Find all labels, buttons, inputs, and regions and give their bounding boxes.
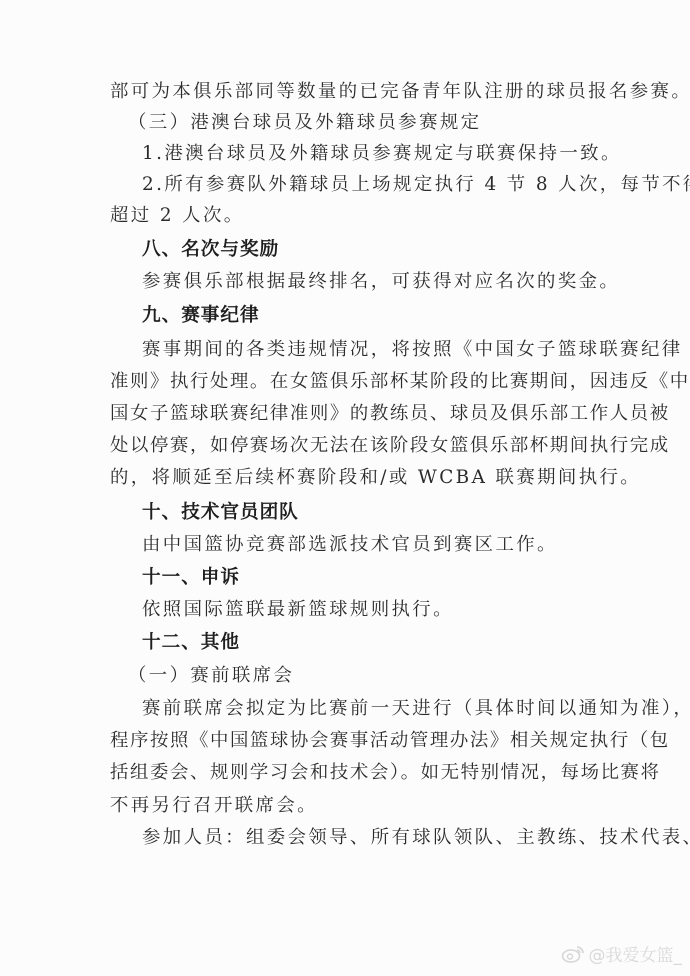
paragraph-line: 赛事期间的各类违规情况，将按照《中国女子篮球联赛纪律 <box>142 338 594 362</box>
section-heading-ranking-rewards: 八、名次与奖励 <box>142 238 594 262</box>
paragraph-line: 2.所有参赛队外籍球员上场规定执行 4 节 8 人次，每节不得 <box>142 173 594 197</box>
paragraph-line: 依照国际篮联最新篮球规则执行。 <box>142 598 594 622</box>
paragraph-line: 不再另行召开联席会。 <box>110 794 594 818</box>
watermark-text: @我爱女篮_ <box>589 941 683 966</box>
paragraph-line: 参加人员：组委会领导、所有球队领队、主教练、技术代表、 <box>142 826 594 850</box>
paragraph-line: 括组委会、规则学习会和技术会）。如无特别情况，每场比赛将 <box>110 761 594 785</box>
watermark: @我爱女篮_ <box>561 941 683 966</box>
section-heading-discipline: 九、赛事纪律 <box>142 304 594 328</box>
weibo-icon <box>561 945 585 963</box>
paragraph-line: 1.港澳台球员及外籍球员参赛规定与联赛保持一致。 <box>142 142 594 166</box>
paragraph-line: 国女子篮球联赛纪律准则》的教练员、球员及俱乐部工作人员被 <box>110 402 594 426</box>
section-heading-other: 十二、其他 <box>142 631 594 655</box>
paragraph-line: 部可为本俱乐部同等数量的已完备青年队注册的球员报名参赛。 <box>110 80 594 104</box>
subheading-pre-match-meeting: （一）赛前联席会 <box>128 664 580 688</box>
paragraph-line: 超过 2 人次。 <box>110 204 594 228</box>
section-heading-appeals: 十一、申诉 <box>142 566 594 590</box>
subheading-hmt-foreign-players: （三）港澳台球员及外籍球员参赛规定 <box>128 111 580 135</box>
section-heading-technical-officials: 十、技术官员团队 <box>142 501 594 525</box>
paragraph-line: 赛前联席会拟定为比赛前一天进行（具体时间以通知为准）， <box>142 697 594 721</box>
paragraph-line: 由中国篮协竞赛部选派技术官员到赛区工作。 <box>142 533 594 557</box>
paragraph-line: 准则》执行处理。在女篮俱乐部杯某阶段的比赛期间，因违反《中 <box>110 370 594 394</box>
paragraph-line: 的，将顺延至后续杯赛阶段和/或 WCBA 联赛期间执行。 <box>110 466 594 490</box>
document-page: 部可为本俱乐部同等数量的已完备青年队注册的球员报名参赛。 （三）港澳台球员及外籍… <box>0 0 690 976</box>
paragraph-line: 参赛俱乐部根据最终排名，可获得对应名次的奖金。 <box>142 270 594 294</box>
paragraph-line: 程序按照《中国篮球协会赛事活动管理办法》相关规定执行（包 <box>110 729 594 753</box>
paragraph-line: 处以停赛，如停赛场次无法在该阶段女篮俱乐部杯期间执行完成 <box>110 434 594 458</box>
